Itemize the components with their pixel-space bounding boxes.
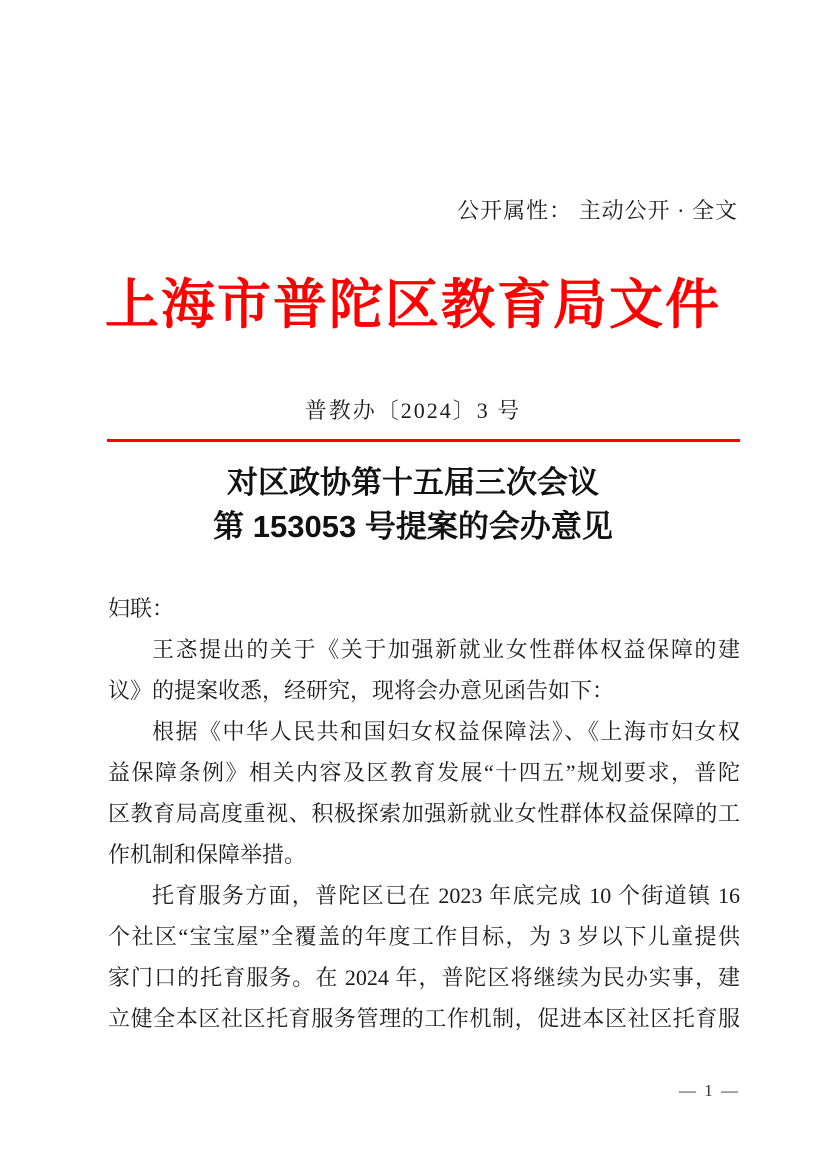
document-number: 普教办〔2024〕3 号 (0, 394, 826, 425)
body-line: 个社区“宝宝屋”全覆盖的年度工作目标，为 3 岁以下儿童提供 (108, 916, 740, 957)
issuing-org-title: 上海市普陀区教育局文件 (0, 262, 826, 339)
body-line: 区教育局高度重视、积极探索加强新就业女性群体权益保障的工 (108, 793, 740, 834)
body-line: 益保障条例》相关内容及区教育发展“十四五”规划要求，普陀 (108, 752, 740, 793)
body-line: 议》的提案收悉，经研究，现将会办意见函告如下： (108, 670, 740, 711)
salutation: 妇联： (108, 588, 740, 629)
document-body: 妇联： 王忞提出的关于《关于加强新就业女性群体权益保障的建 议》的提案收悉，经研… (108, 588, 740, 1039)
body-line: 托育服务方面，普陀区已在 2023 年底完成 10 个街道镇 16 (108, 875, 740, 916)
body-line: 根据《中华人民共和国妇女权益保障法》、《上海市妇女权 (108, 711, 740, 752)
document-title: 对区政协第十五届三次会议 第 153053 号提案的会办意见 (0, 461, 826, 549)
body-line: 作机制和保障举措。 (108, 834, 740, 875)
document-title-line2: 第 153053 号提案的会办意见 (0, 505, 826, 549)
document-page: 公开属性： 主动公开 · 全文 上海市普陀区教育局文件 普教办〔2024〕3 号… (0, 0, 826, 1169)
body-line: 家门口的托育服务。在 2024 年，普陀区将继续为民办实事，建 (108, 957, 740, 998)
page-number: — 1 — (0, 1081, 740, 1101)
publicity-attribute-note: 公开属性： 主动公开 · 全文 (457, 194, 738, 225)
body-line: 王忞提出的关于《关于加强新就业女性群体权益保障的建 (108, 629, 740, 670)
document-title-line1: 对区政协第十五届三次会议 (0, 461, 826, 505)
body-line: 立健全本区社区托育服务管理的工作机制，促进本区社区托育服 (108, 998, 740, 1039)
red-separator-line (107, 439, 740, 442)
